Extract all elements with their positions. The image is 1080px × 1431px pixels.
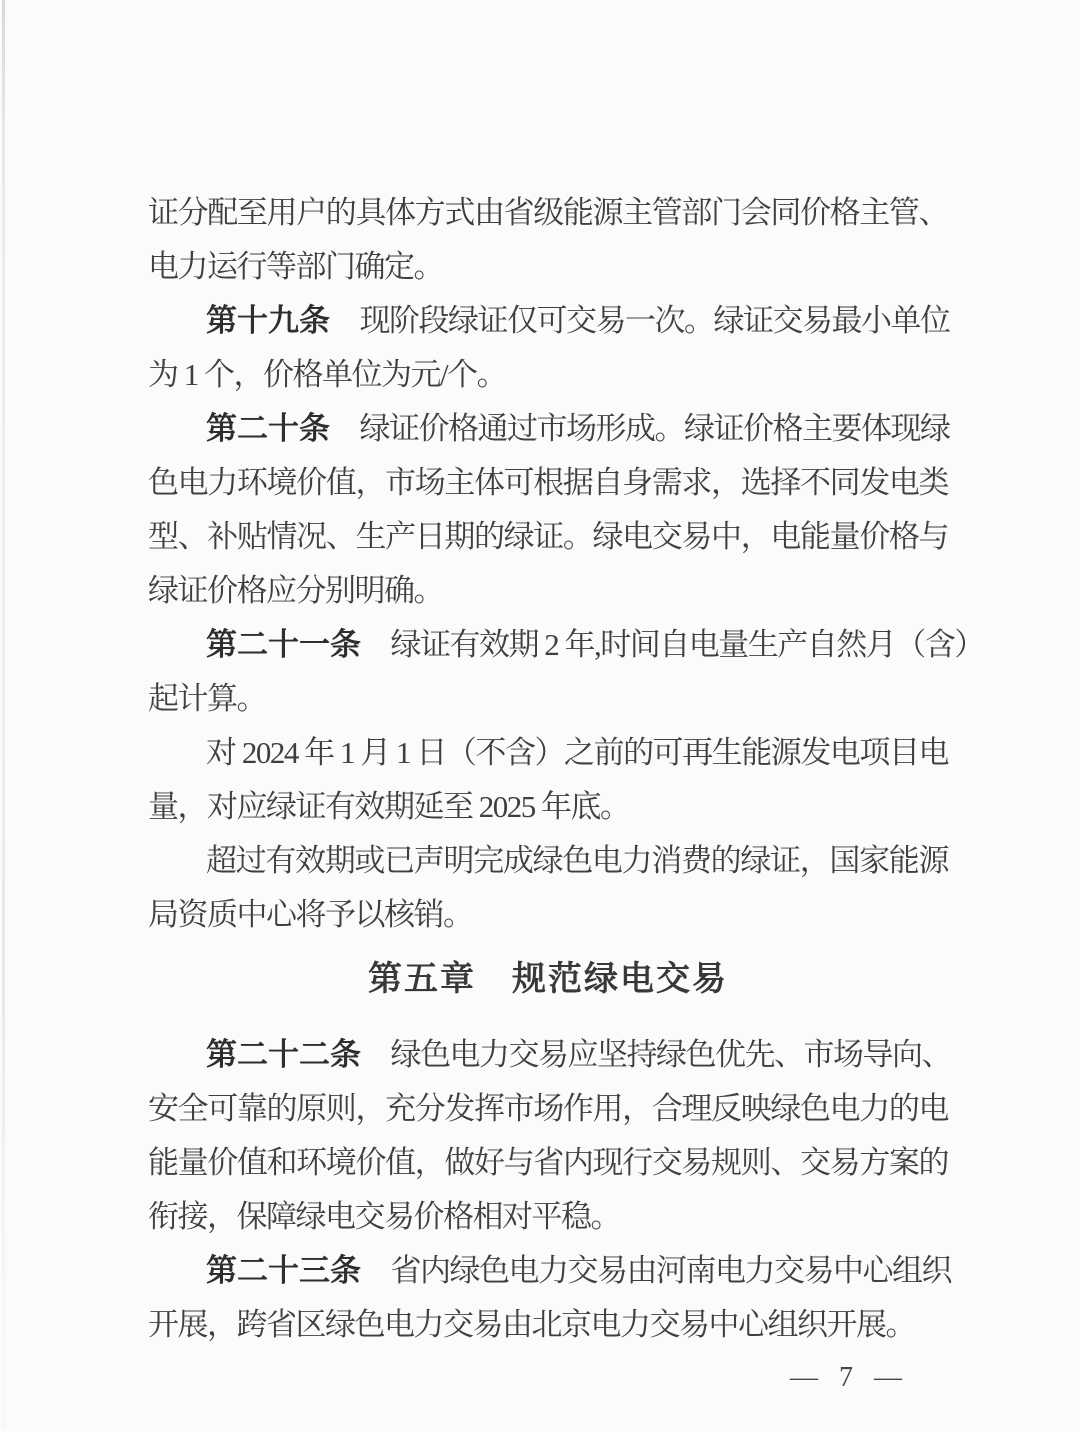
- page-number: — 7 —: [790, 1358, 905, 1398]
- text-run: 绿证价格通过市场形成。绿证价格主要体现绿: [330, 411, 950, 446]
- text-run: 局资质中心将予以核销。: [148, 897, 473, 932]
- text-run: 对 2024 年 1 月 1 日（不含）之前的可再生能源发电项目电: [206, 735, 948, 770]
- text-line: 起计算。: [148, 672, 948, 726]
- text-line: 色电力环境价值，市场主体可根据自身需求，选择不同发电类: [148, 456, 948, 510]
- scan-edge-line: [2, 0, 5, 1431]
- text-line: 第二十二条 绿色电力交易应坚持绿色优先、市场导向、: [148, 1028, 948, 1082]
- text-line: 绿证价格应分别明确。: [148, 564, 948, 618]
- text-line: 衔接，保障绿电交易价格相对平稳。: [148, 1190, 948, 1244]
- text-run: 为 1 个，价格单位为元/个。: [148, 357, 506, 392]
- text-line: 安全可靠的原则，充分发挥市场作用，合理反映绿色电力的电: [148, 1082, 948, 1136]
- chapter-heading: 第五章 规范绿电交易: [148, 952, 948, 1006]
- text-line: 第二十三条 省内绿色电力交易由河南电力交易中心组织: [148, 1244, 948, 1298]
- text-run: 量，对应绿证有效期延至 2025 年底。: [148, 789, 630, 824]
- document-page: 证分配至用户的具体方式由省级能源主管部门会同价格主管、电力运行等部门确定。第十九…: [0, 0, 1080, 1431]
- text-run: 现阶段绿证仅可交易一次。绿证交易最小单位: [330, 303, 950, 338]
- article-number: 第二十二条: [206, 1037, 361, 1072]
- text-run: 型、补贴情况、生产日期的绿证。绿电交易中，电能量价格与: [148, 519, 948, 554]
- text-run: 能量价值和环境价值，做好与省内现行交易规则、交易方案的: [148, 1145, 948, 1180]
- text-line: 为 1 个，价格单位为元/个。: [148, 348, 948, 402]
- text-run: 衔接，保障绿电交易价格相对平稳。: [148, 1199, 620, 1234]
- text-run: 开展，跨省区绿色电力交易由北京电力交易中心组织开展。: [148, 1307, 915, 1342]
- text-run: 省内绿色电力交易由河南电力交易中心组织: [361, 1253, 951, 1288]
- text-line: 能量价值和环境价值，做好与省内现行交易规则、交易方案的: [148, 1136, 948, 1190]
- text-line: 第十九条 现阶段绿证仅可交易一次。绿证交易最小单位: [148, 294, 948, 348]
- document-body: 证分配至用户的具体方式由省级能源主管部门会同价格主管、电力运行等部门确定。第十九…: [148, 186, 948, 1352]
- text-run: 证分配至用户的具体方式由省级能源主管部门会同价格主管、: [148, 195, 948, 230]
- text-line: 开展，跨省区绿色电力交易由北京电力交易中心组织开展。: [148, 1298, 948, 1352]
- article-number: 第二十三条: [206, 1253, 361, 1288]
- text-run: 安全可靠的原则，充分发挥市场作用，合理反映绿色电力的电: [148, 1091, 948, 1126]
- text-line: 型、补贴情况、生产日期的绿证。绿电交易中，电能量价格与: [148, 510, 948, 564]
- text-line: 局资质中心将予以核销。: [148, 888, 948, 942]
- text-run: 色电力环境价值，市场主体可根据自身需求，选择不同发电类: [148, 465, 948, 500]
- text-line: 量，对应绿证有效期延至 2025 年底。: [148, 780, 948, 834]
- text-line: 电力运行等部门确定。: [148, 240, 948, 294]
- text-line: 超过有效期或已声明完成绿色电力消费的绿证，国家能源: [148, 834, 948, 888]
- text-run: 起计算。: [148, 681, 266, 716]
- text-run: 超过有效期或已声明完成绿色电力消费的绿证，国家能源: [206, 843, 948, 878]
- article-number: 第二十一条: [206, 627, 361, 662]
- article-number: 第二十条: [206, 411, 330, 446]
- text-run: 电力运行等部门确定。: [148, 249, 443, 284]
- text-run: 绿证价格应分别明确。: [148, 573, 443, 608]
- text-line: 第二十条 绿证价格通过市场形成。绿证价格主要体现绿: [148, 402, 948, 456]
- text-run: 绿证有效期 2 年,时间自电量生产自然月（含）: [361, 627, 984, 662]
- text-run: 绿色电力交易应坚持绿色优先、市场导向、: [361, 1037, 951, 1072]
- article-number: 第十九条: [206, 303, 330, 338]
- text-line: 对 2024 年 1 月 1 日（不含）之前的可再生能源发电项目电: [148, 726, 948, 780]
- text-line: 证分配至用户的具体方式由省级能源主管部门会同价格主管、: [148, 186, 948, 240]
- text-line: 第二十一条 绿证有效期 2 年,时间自电量生产自然月（含）: [148, 618, 948, 672]
